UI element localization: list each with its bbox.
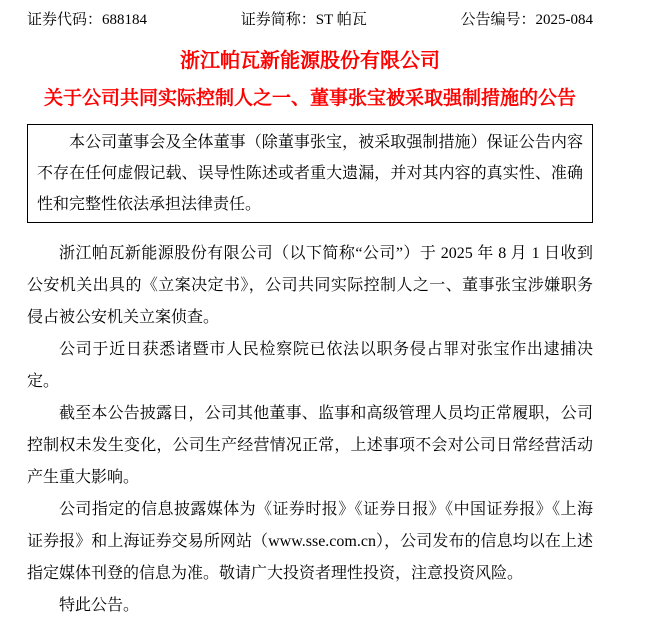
announcement-subject-title: 关于公司共同实际控制人之一、董事张宝被采取强制措施的公告 (27, 84, 593, 114)
disclaimer-text: 本公司董事会及全体董事（除董事张宝，被采取强制措施）保证公告内容不存在任何虚假记… (37, 127, 583, 220)
stock-name: 证券简称：ST 帕瓦 (241, 10, 367, 30)
body-section: 浙江帕瓦新能源股份有限公司（以下简称“公司”）于 2025 年 8 月 1 日收… (27, 238, 593, 622)
paragraph-operations-status: 截至本公告披露日，公司其他董事、监事和高级管理人员均正常履职，公司控制权未发生变… (27, 398, 593, 494)
company-name-title: 浙江帕瓦新能源股份有限公司 (27, 46, 593, 76)
announcement-number: 公告编号：2025-084 (460, 10, 593, 30)
announcement-page: 证券代码：688184 证券简称：ST 帕瓦 公告编号：2025-084 浙江帕… (0, 0, 653, 628)
stock-code: 证券代码：688184 (27, 10, 147, 30)
disclaimer-box: 本公司董事会及全体董事（除董事张宝，被采取强制措施）保证公告内容不存在任何虚假记… (27, 124, 593, 223)
stock-name-label: 证券简称： (241, 12, 316, 28)
stock-code-value: 688184 (102, 12, 147, 28)
stock-code-label: 证券代码： (27, 12, 102, 28)
announcement-number-label: 公告编号： (460, 12, 535, 28)
paragraph-case-filing: 浙江帕瓦新能源股份有限公司（以下简称“公司”）于 2025 年 8 月 1 日收… (27, 238, 593, 334)
announcement-number-value: 2025-084 (536, 12, 594, 28)
paragraph-closing: 特此公告。 (27, 590, 593, 622)
stock-name-value: ST 帕瓦 (316, 12, 367, 28)
paragraph-arrest-decision: 公司于近日获悉诸暨市人民检察院已依法以职务侵占罪对张宝作出逮捕决定。 (27, 334, 593, 398)
header-row: 证券代码：688184 证券简称：ST 帕瓦 公告编号：2025-084 (27, 10, 593, 30)
paragraph-disclosure-media: 公司指定的信息披露媒体为《证券时报》《证券日报》《中国证券报》《上海证券报》和上… (27, 494, 593, 590)
